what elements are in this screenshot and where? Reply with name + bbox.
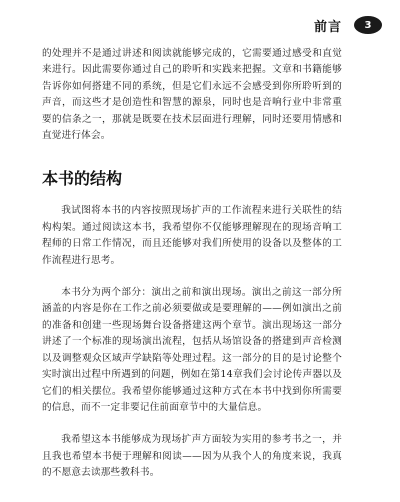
body-paragraph: 我试图将本书的内容按照现场扩声的工作流程来进行关联性的结构构架。通过阅读这本书，… (42, 203, 342, 269)
running-title: 前言 (314, 16, 342, 35)
intro-paragraph: 的处理并不是通过讲述和阅读就能够完成的，它需要通过感受和直觉来进行。因此需要你通… (42, 46, 342, 144)
section-heading: 本书的结构 (42, 166, 342, 189)
body-paragraph: 我希望这本书能够成为现场扩声方面较为实用的参考书之一，并且我也希望本书便于理解和… (42, 432, 342, 481)
body-paragraph: 本书分为两个部分：演出之前和演出现场。演出之前这一部分所涵盖的内容是你在工作之前… (42, 285, 342, 416)
page-content: 的处理并不是通过讲述和阅读就能够完成的，它需要通过感受和直觉来进行。因此需要你通… (42, 46, 342, 482)
page-number-badge: 3 (354, 16, 382, 34)
page-header: 前言 3 (314, 14, 382, 36)
paragraph-spacer (42, 416, 342, 432)
paragraph-spacer (42, 269, 342, 285)
